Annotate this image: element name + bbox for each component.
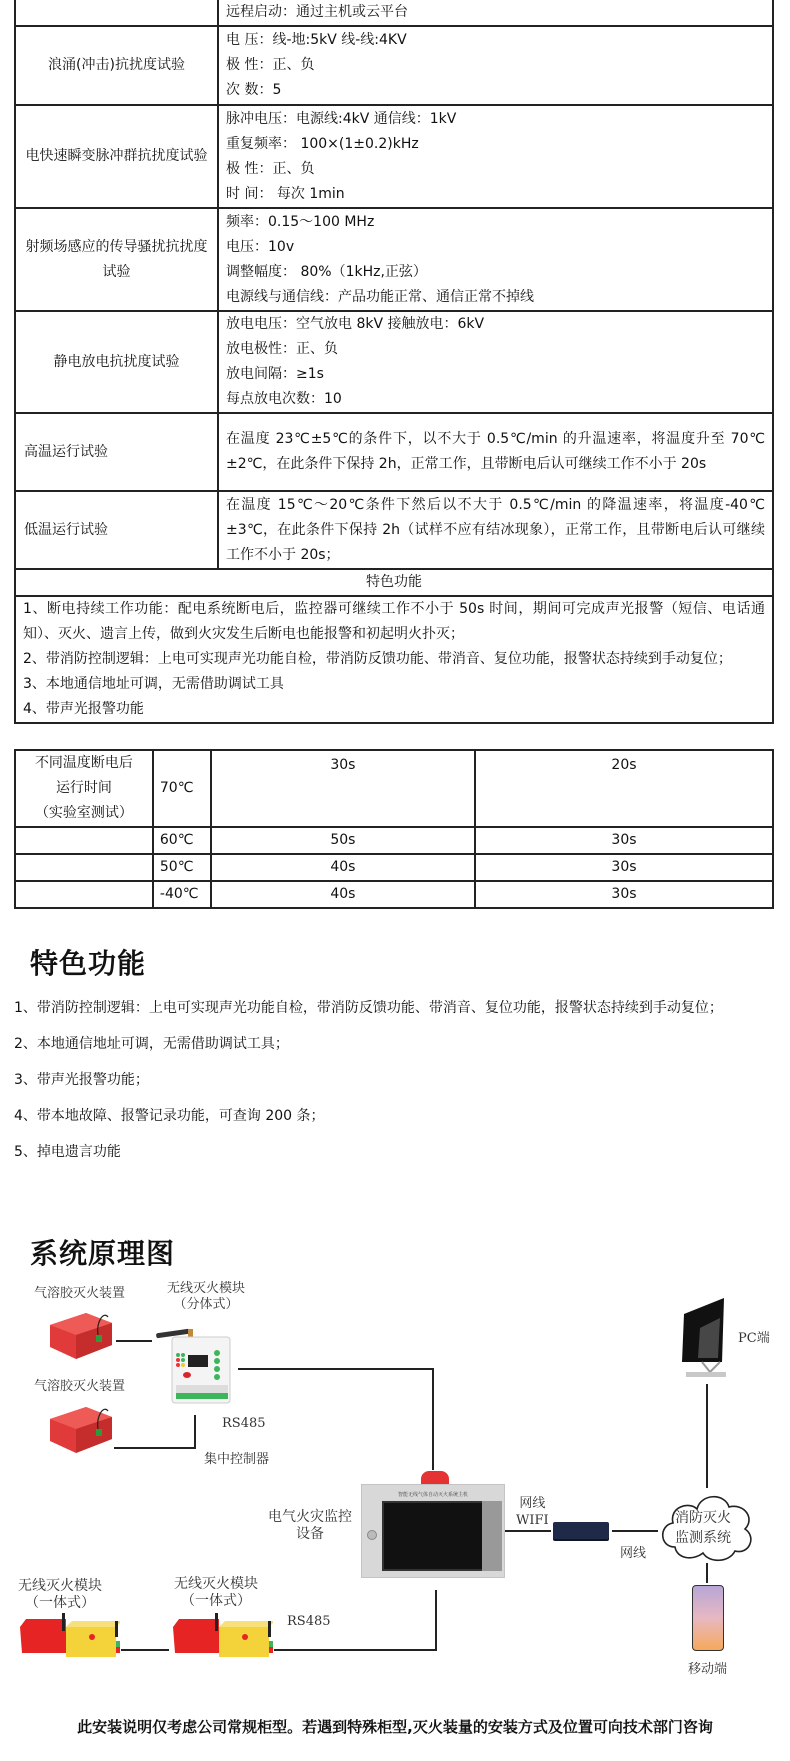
label-line: （一体式） [18,1595,102,1612]
label-line: 无线灭火模块 [174,1576,258,1593]
panel-side-buttons [482,1501,502,1571]
spec-line: 脉冲电压：电源线:4kV 通信线：1kV [226,107,765,132]
temp-label-line: 运行时间 [23,776,145,801]
net-wifi-label: 网线 WIFI [516,1495,549,1529]
aerosol-device-2-label: 气溶胶灭火装置 [34,1375,125,1394]
spec-line: 重复频率： 100×(1±0.2)kHz [226,132,765,157]
label-line: 无线灭火模块 [18,1578,102,1595]
label-line: WIFI [516,1512,549,1529]
spec-line: 电源线与通信线：产品功能正常、通信正常不掉线 [226,285,765,310]
feature-line: 2、带消防控制逻辑：上电可实现声光功能自检，带消防反馈功能、带消音、复位功能，报… [23,647,765,672]
wireless-integrated-1-label: 无线灭火模块 （一体式） [18,1578,102,1612]
connector-line [503,1530,551,1532]
connector-line [432,1368,434,1470]
feature-header: 特色功能 [15,569,773,596]
label-line: 电气火灾监控 [268,1509,352,1526]
spec-line: 极 性：正、负 [226,53,765,78]
label-line: （分体式） [167,1297,245,1313]
spec-line: 电压：10v [226,235,765,260]
empty-cell [15,881,153,908]
connector-line [194,1415,196,1449]
temp-value: 50℃ [153,854,211,881]
temp-row: 50℃ 40s 30s [15,854,773,881]
spec-label [15,0,218,26]
feature-list: 1、断电持续工作功能：配电系统断电后，监控器可继续工作不小于 50s 时间，期间… [15,596,773,723]
spec-line: 极 性：正、负 [226,157,765,182]
installation-note: 此安装说明仅考虑公司常规柜型。若遇到特殊柜型,灭火装量的安装方式及位置可向技术部… [0,1716,790,1737]
spec-label: 电快速瞬变脉冲群抗扰度试验 [15,105,218,208]
feature-item: 4、带本地故障、报警记录功能，可查询 200 条； [14,1098,784,1134]
feature-list-row: 1、断电持续工作功能：配电系统断电后，监控器可继续工作不小于 50s 时间，期间… [15,596,773,723]
temp-label-line: （实验室测试） [23,801,145,826]
connector-line [238,1368,434,1370]
feature-line: 1、断电持续工作功能：配电系统断电后，监控器可继续工作不小于 50s 时间，期间… [23,597,765,647]
wireless-integrated-1-icon [18,1613,120,1663]
spec-label: 浪涌(冲击)抗扰度试验 [15,26,218,105]
features-list: 1、带消防控制逻辑：上电可实现声光功能自检，带消防反馈功能、带消音、复位功能，报… [14,990,784,1170]
temperature-runtime-table: 不同温度断电后 运行时间 （实验室测试） 70℃ 30s 20s 60℃ 50s… [14,749,774,909]
cloud-label: 消防灭火 监测系统 [675,1508,731,1548]
spec-value: 频率：0.15～100 MHz 电压：10v 调整幅度： 80%（1kHz,正弦… [218,208,773,311]
spec-row-rf-conducted: 射频场感应的传导骚扰抗扰度试验 频率：0.15～100 MHz 电压：10v 调… [15,208,773,311]
aerosol-device-1-icon [46,1307,114,1361]
spec-row-esd: 静电放电抗扰度试验 放电电压：空气放电 8kV 接触放电：6kV 放电极性：正、… [15,311,773,413]
runtime-b: 30s [475,881,773,908]
monitor-device-label: 电气火灾监控 设备 [268,1509,352,1543]
spec-row-remote-start: 远程启动：通过主机或云平台 [15,0,773,26]
label-line: 监测系统 [675,1528,731,1548]
connector-line [612,1530,658,1532]
pc-monitor-icon [680,1298,730,1380]
feature-header-row: 特色功能 [15,569,773,596]
net-label: 网线 [620,1542,646,1561]
alarm-beacon-icon [421,1471,449,1485]
feature-line: 4、带声光报警功能 [23,697,765,722]
spec-value: 远程启动：通过主机或云平台 [218,0,773,26]
system-diagram: 气溶胶灭火装置 气溶胶灭火装置 无线灭火模块 （分体式） RS485 集中控制器 [0,1265,790,1685]
spec-line: 调整幅度： 80%（1kHz,正弦） [226,260,765,285]
label-line: 设备 [268,1526,352,1543]
wireless-integrated-2-label: 无线灭火模块 （一体式） [174,1576,258,1610]
main-control-panel: 智能无线气体自动灭火系统主机 [361,1484,505,1578]
temp-table-label: 不同温度断电后 运行时间 （实验室测试） [15,750,153,827]
spec-line: 放电电压：空气放电 8kV 接触放电：6kV [226,312,765,337]
label-line: 消防灭火 [675,1508,731,1528]
temp-row: -40℃ 40s 30s [15,881,773,908]
feature-line: 3、本地通信地址可调，无需借助调试工具 [23,672,765,697]
wireless-integrated-2-icon [171,1613,273,1663]
spec-line: 电 压：线-地:5kV 线-线:4KV [226,28,765,53]
temp-label-line: 不同温度断电后 [23,751,145,776]
pc-label: PC端 [738,1327,770,1346]
runtime-b: 30s [475,827,773,854]
temp-value: 70℃ [153,750,211,827]
label-line: 无线灭火模块 [167,1281,245,1297]
aerosol-device-2-icon [46,1401,114,1455]
connector-line [706,1384,708,1488]
rs485-top-label: RS485 [222,1416,266,1431]
mobile-phone-icon [692,1585,724,1651]
spec-value: 放电电压：空气放电 8kV 接触放电：6kV 放电极性：正、负 放电间隔：≥1s… [218,311,773,413]
spec-row-surge: 浪涌(冲击)抗扰度试验 电 压：线-地:5kV 线-线:4KV 极 性：正、负 … [15,26,773,105]
spec-label: 高温运行试验 [15,413,218,491]
connector-line [274,1649,437,1651]
runtime-a: 40s [211,881,475,908]
panel-screen [382,1501,486,1571]
router-icon [553,1522,609,1539]
feature-item: 5、掉电遗言功能 [14,1134,784,1170]
temp-value: 60℃ [153,827,211,854]
feature-item: 2、本地通信地址可调，无需借助调试工具； [14,1026,784,1062]
spec-label: 射频场感应的传导骚扰抗扰度试验 [15,208,218,311]
connector-line [435,1590,437,1651]
connector-line [706,1563,708,1583]
spec-value: 在温度 15℃～20℃条件下然后以不大于 0.5℃/min 的降温速率，将温度-… [218,491,773,569]
runtime-a: 30s [211,750,475,827]
connector-line [116,1340,152,1342]
temp-value: -40℃ [153,881,211,908]
spec-row-low-temp: 低温运行试验 在温度 15℃～20℃条件下然后以不大于 0.5℃/min 的降温… [15,491,773,569]
feature-item: 3、带声光报警功能； [14,1062,784,1098]
spec-label: 低温运行试验 [15,491,218,569]
spec-line: 时 间： 每次 1min [226,182,765,207]
empty-cell [15,854,153,881]
spec-row-eft: 电快速瞬变脉冲群抗扰度试验 脉冲电压：电源线:4kV 通信线：1kV 重复频率：… [15,105,773,208]
label-line: 网线 [516,1495,549,1512]
label-line: （一体式） [174,1593,258,1610]
runtime-a: 50s [211,827,475,854]
spec-table: 远程启动：通过主机或云平台 浪涌(冲击)抗扰度试验 电 压：线-地:5kV 线-… [14,0,774,724]
connector-line [121,1649,169,1651]
runtime-b: 20s [475,750,773,827]
wireless-split-label: 无线灭火模块 （分体式） [167,1281,245,1313]
panel-knob-icon [367,1530,377,1540]
spec-line: 频率：0.15～100 MHz [226,210,765,235]
spec-value: 电 压：线-地:5kV 线-线:4KV 极 性：正、负 次 数：5 [218,26,773,105]
spec-line: 放电极性：正、负 [226,337,765,362]
spec-label: 静电放电抗扰度试验 [15,311,218,413]
feature-item: 1、带消防控制逻辑：上电可实现声光功能自检，带消防反馈功能、带消音、复位功能，报… [14,990,784,1026]
features-title: 特色功能 [30,942,146,982]
aerosol-device-1-label: 气溶胶灭火装置 [34,1282,125,1301]
central-controller-icon [154,1323,234,1407]
temp-row: 60℃ 50s 30s [15,827,773,854]
mobile-label: 移动端 [688,1658,727,1677]
temp-row: 不同温度断电后 运行时间 （实验室测试） 70℃ 30s 20s [15,750,773,827]
spec-line: 每点放电次数：10 [226,387,765,412]
spec-line: 次 数：5 [226,78,765,103]
spec-row-high-temp: 高温运行试验 在温度 23℃±5℃的条件下，以不大于 0.5℃/min 的升温速… [15,413,773,491]
runtime-b: 30s [475,854,773,881]
spec-paragraph: 在温度 23℃±5℃的条件下，以不大于 0.5℃/min 的升温速率，将温度升至… [226,427,765,477]
spec-line: 放电间隔：≥1s [226,362,765,387]
connector-line [114,1447,196,1449]
empty-cell [15,827,153,854]
panel-title: 智能无线气体自动灭火系统主机 [362,1491,504,1498]
spec-value: 脉冲电压：电源线:4kV 通信线：1kV 重复频率： 100×(1±0.2)kH… [218,105,773,208]
spec-value: 在温度 23℃±5℃的条件下，以不大于 0.5℃/min 的升温速率，将温度升至… [218,413,773,491]
spec-paragraph: 在温度 15℃～20℃条件下然后以不大于 0.5℃/min 的降温速率，将温度-… [226,493,765,568]
runtime-a: 40s [211,854,475,881]
central-controller-label: 集中控制器 [204,1448,269,1467]
spec-line: 远程启动：通过主机或云平台 [226,0,765,25]
rs485-bottom-label: RS485 [287,1614,331,1629]
